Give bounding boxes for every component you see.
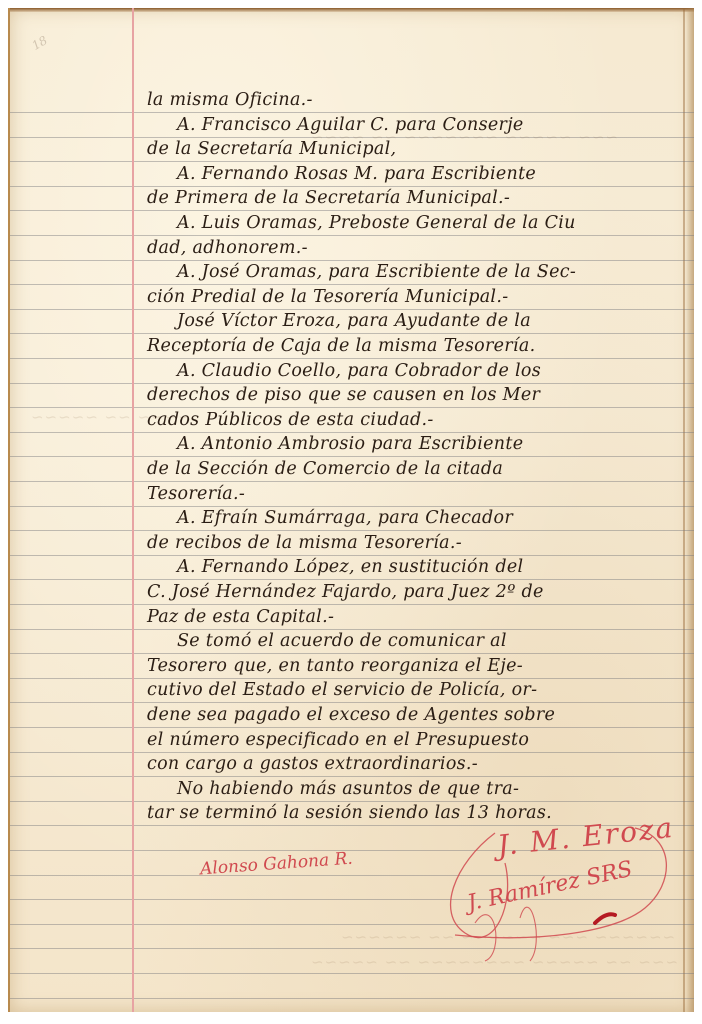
text-line: José Víctor Eroza, para Ayudante de la: [177, 309, 531, 334]
text-line: de la Secretaría Municipal,: [147, 137, 396, 162]
text-line: el número especificado en el Presupuesto: [147, 728, 529, 753]
text-line: de Primera de la Secretaría Municipal.-: [147, 186, 510, 211]
text-line: cutivo del Estado el servicio de Policía…: [147, 678, 537, 703]
text-line: A. Francisco Aguilar C. para Conserje: [177, 113, 524, 138]
document-page: 18 ~~~ ~~~~~ ~~~~~~~ ~~ ~~~~ ~~~~ ~~ ~~~…: [8, 8, 694, 1012]
text-line: Receptoría de Caja de la misma Tesorería…: [147, 334, 535, 359]
text-line: dad, adhonorem.-: [147, 236, 308, 261]
text-line: A. José Oramas, para Escribiente de la S…: [177, 260, 576, 285]
margin-line: [132, 8, 134, 1012]
text-line: Tesorería.-: [147, 482, 245, 507]
page-top-edge: [10, 8, 694, 12]
ruled-line: [10, 998, 694, 999]
text-line: A. Antonio Ambrosio para Escribiente: [177, 432, 523, 457]
text-line: Paz de esta Capital.-: [147, 605, 334, 630]
text-line: A. Fernando Rosas M. para Escribiente: [177, 162, 536, 187]
text-line: de recibos de la misma Tesorería.-: [147, 531, 462, 556]
page-right-edge: [686, 8, 694, 1012]
text-line: de la Sección de Comercio de la citada: [147, 457, 503, 482]
text-line: A. Claudio Coello, para Cobrador de los: [177, 359, 541, 384]
text-line: A. Efraín Sumárraga, para Checador: [177, 506, 513, 531]
text-line: Tesorero que, en tanto reorganiza el Eje…: [147, 654, 523, 679]
text-line: cados Públicos de esta ciudad.-: [147, 408, 434, 433]
text-line: No habiendo más asuntos de que tra-: [177, 777, 519, 802]
ruled-line: [10, 973, 694, 974]
text-line: la misma Oficina.-: [147, 88, 313, 113]
text-line: ción Predial de la Tesorería Municipal.-: [147, 285, 508, 310]
text-line: con cargo a gastos extraordinarios.-: [147, 752, 478, 777]
text-line: derechos de piso que se causen en los Me…: [147, 383, 540, 408]
text-line: dene sea pagado el exceso de Agentes sob…: [147, 703, 555, 728]
text-line: Se tomó el acuerdo de comunicar al: [177, 629, 507, 654]
text-line: C. José Hernández Fajardo, para Juez 2º …: [147, 580, 544, 605]
text-line: A. Luis Oramas, Preboste General de la C…: [177, 211, 576, 236]
text-line: A. Fernando López, en sustitución del: [177, 555, 523, 580]
page-number: 18: [30, 33, 50, 53]
